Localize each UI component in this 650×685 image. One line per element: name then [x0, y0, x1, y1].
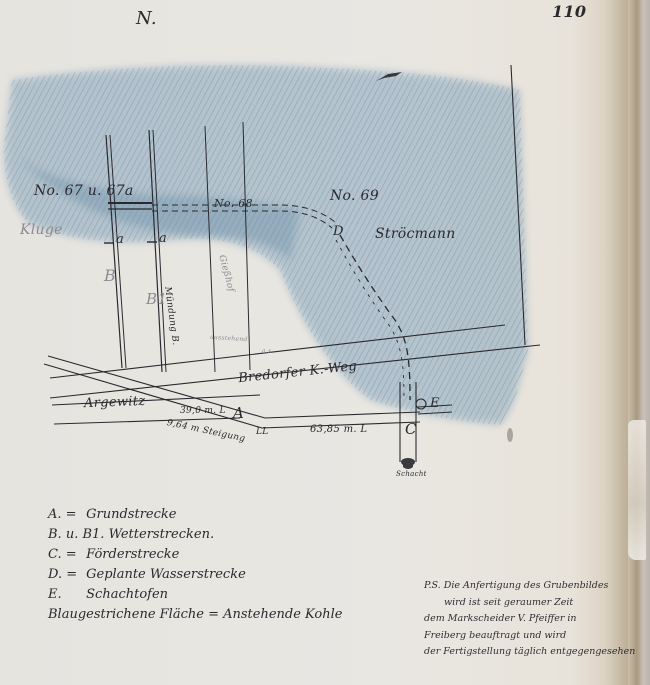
measurement-length-1: 39,0 m. L: [180, 406, 226, 416]
label-claim-69: No. 69: [330, 188, 379, 204]
label-owner-69: Ströcmann: [375, 226, 456, 242]
label-left-margin: Kluge: [20, 222, 63, 238]
measurement-angle: LL: [256, 427, 269, 437]
postscript-note: P.S. Die Anfertigung des Grubenbildes wi…: [424, 578, 646, 661]
torn-edge: [628, 420, 646, 560]
north-marker: N.: [136, 8, 157, 29]
legend: A. = Grundstrecke B. u. B1. Wetterstreck…: [48, 505, 388, 625]
document-page: N. 110 No. 67 u. 67a No. 68 No. 69 Ströc…: [0, 0, 650, 685]
label-point-d: D: [333, 224, 344, 239]
legend-item: E. Schachtofen: [48, 585, 388, 605]
note-line: Freiberg beauftragt und wird: [424, 628, 646, 645]
label-point-a2: a: [159, 231, 167, 246]
legend-item: D. = Geplante Wasserstrecke: [48, 565, 388, 585]
label-point-b1: B: [104, 266, 116, 285]
note-line: wird ist seit geraumer Zeit: [424, 595, 646, 612]
label-point-c: C: [405, 420, 417, 438]
label-road-lower: Argewitz: [84, 394, 146, 411]
legend-item: A. = Grundstrecke: [48, 505, 388, 525]
note-line: dem Markscheider V. Pfeiffer in: [424, 611, 646, 628]
label-shaft: Schacht: [396, 470, 427, 478]
page-number: 110: [552, 2, 586, 21]
label-claim-68: No. 68: [214, 197, 253, 210]
legend-item: B. u. B1. Wetterstrecken.: [48, 525, 388, 545]
label-point-a1: a: [116, 232, 124, 247]
note-line: der Fertigstellung täglich entgegengeseh…: [424, 644, 646, 661]
label-claim-67: No. 67 u. 67a: [34, 183, 134, 199]
note-line: P.S. Die Anfertigung des Grubenbildes: [424, 578, 646, 595]
label-point-e: E: [430, 396, 440, 411]
legend-item: Blaugestrichene Fläche = Anstehende Kohl…: [48, 605, 388, 625]
stain: [507, 428, 513, 442]
legend-item: C. = Förderstrecke: [48, 545, 388, 565]
label-pencil-small-2: a.s.: [262, 348, 274, 355]
measurement-length-2: 63,85 m. L: [310, 424, 367, 435]
label-point-a-main: A: [233, 404, 244, 422]
